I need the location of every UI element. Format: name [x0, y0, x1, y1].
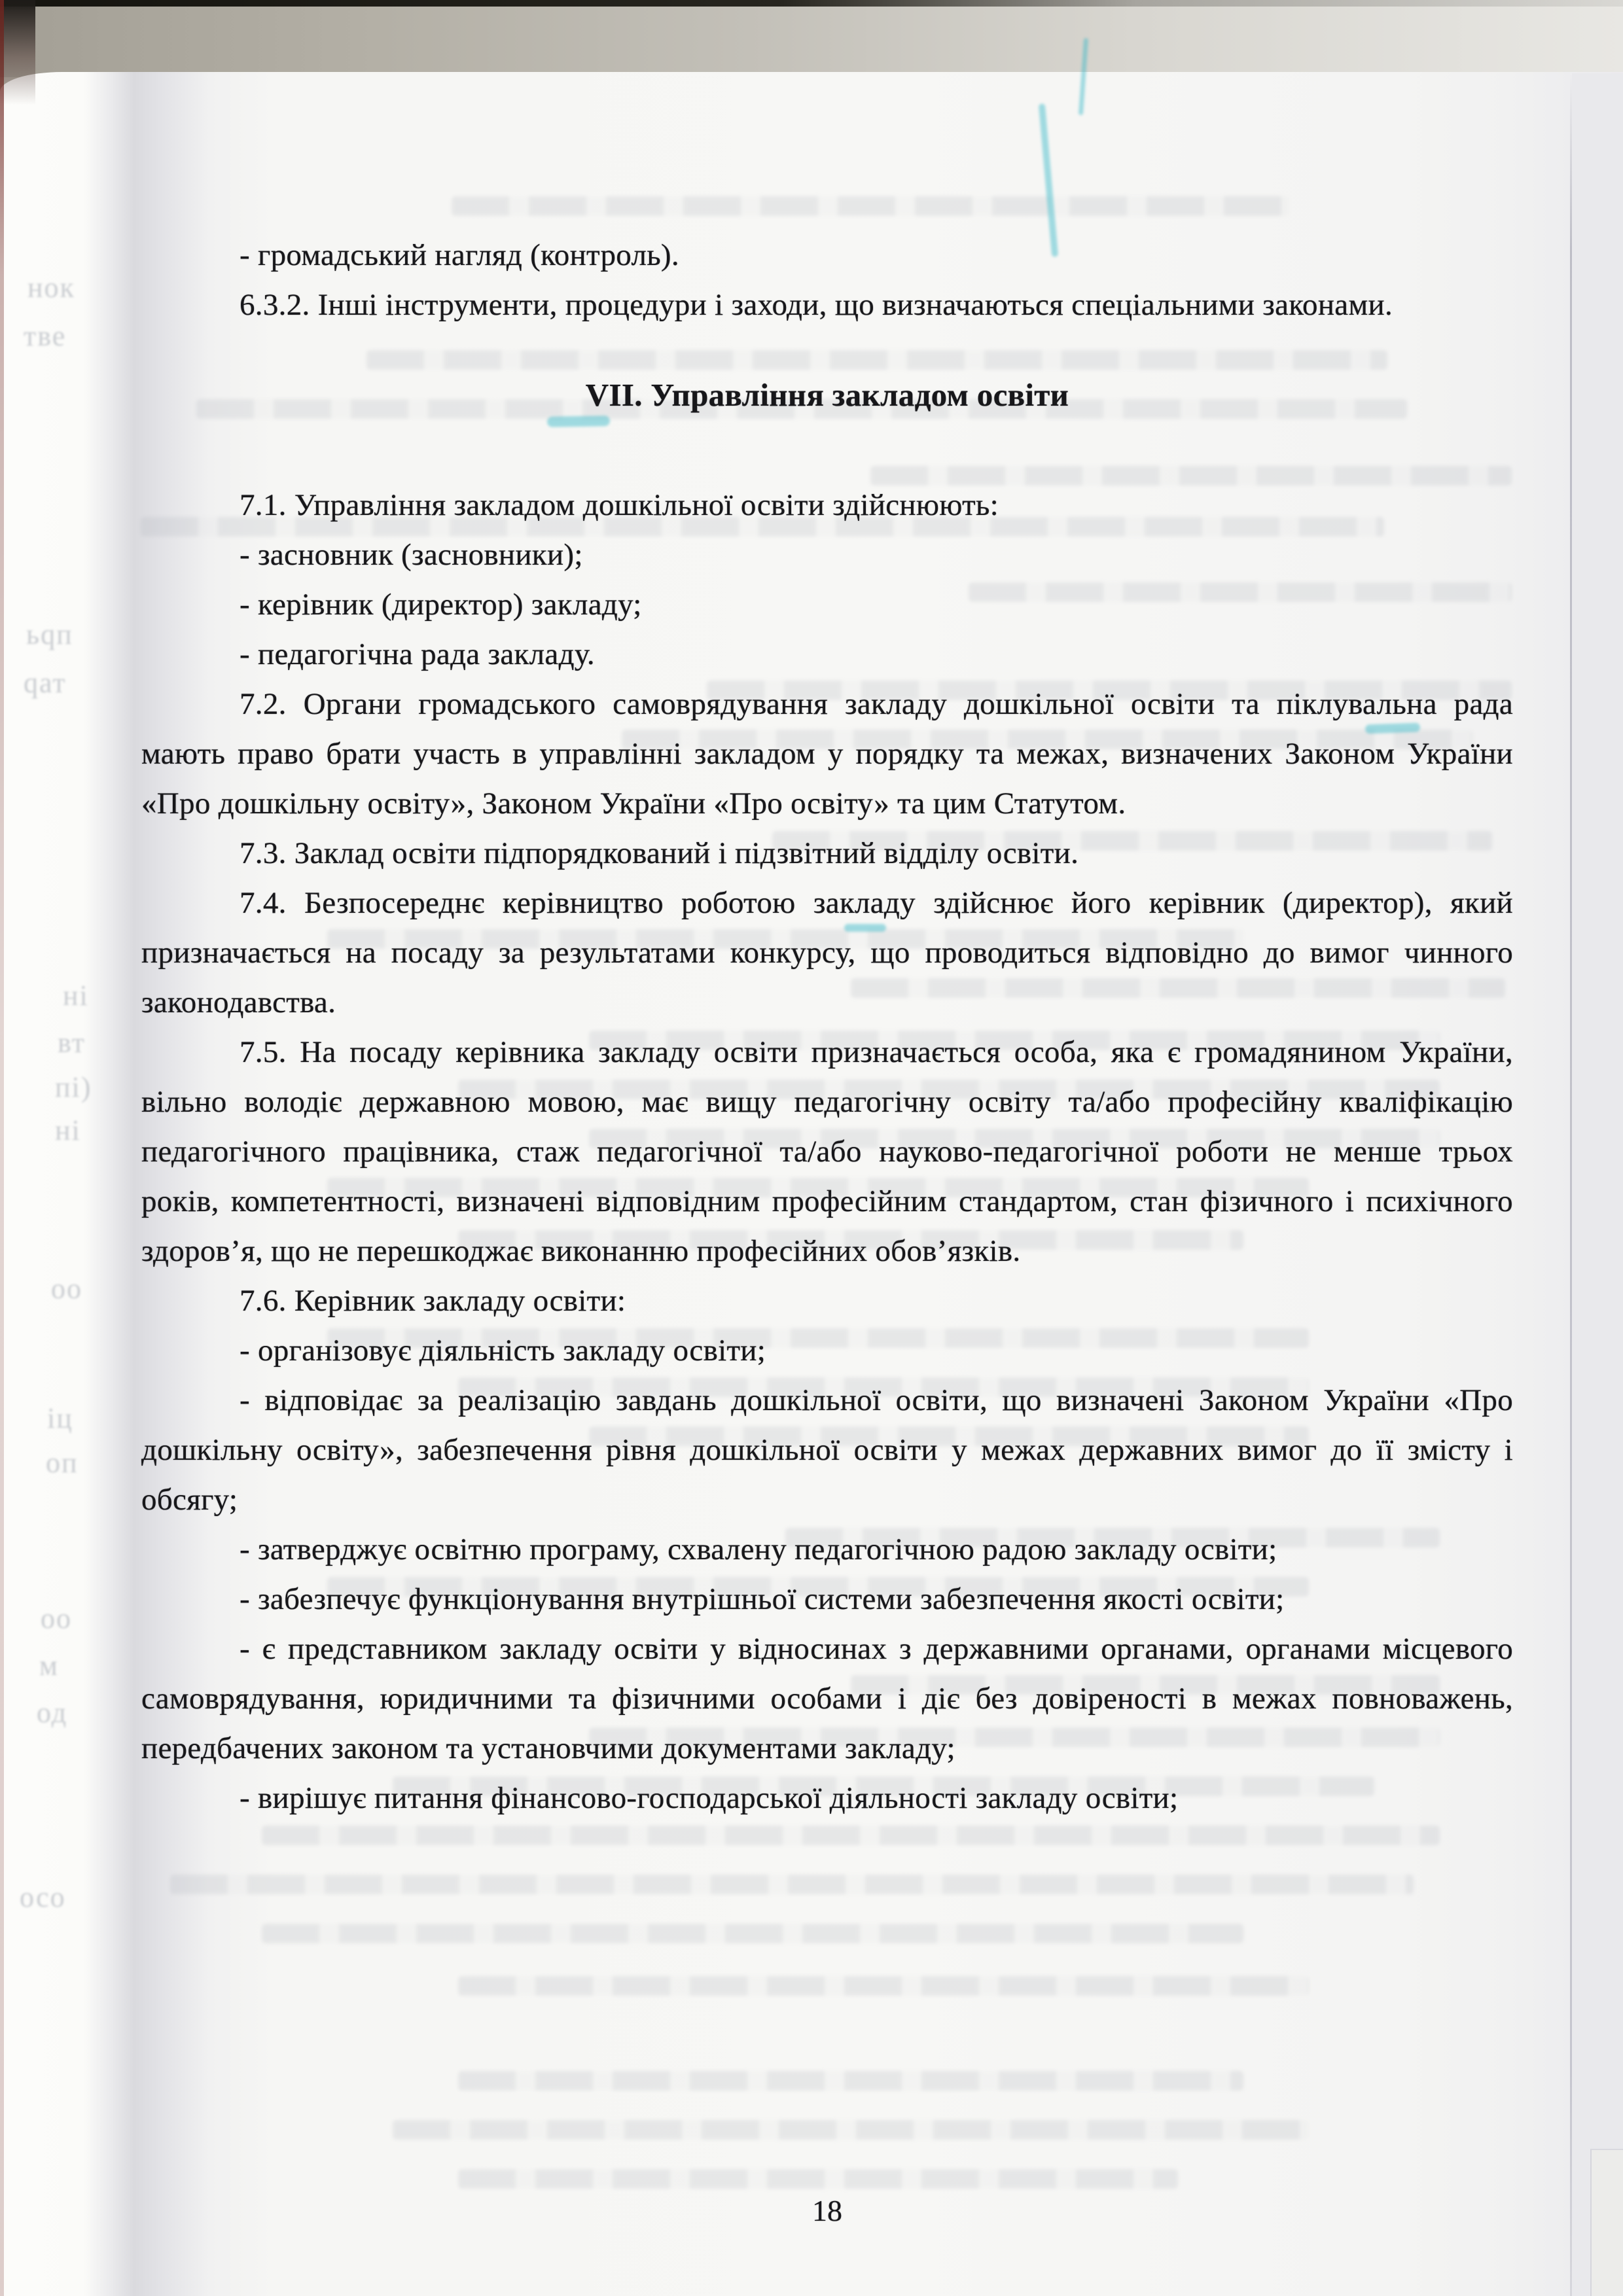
document-body: - громадський нагляд (контроль).6.3.2. І… [141, 230, 1513, 1823]
paragraph: - громадський нагляд (контроль). [141, 230, 1513, 280]
paragraph: 6.3.2. Інші інструменти, процедури і зах… [141, 280, 1513, 330]
page-number: 18 [812, 2194, 842, 2227]
page-footer: 18 [141, 2193, 1513, 2228]
cyan-streak-artifact [1079, 38, 1088, 115]
book-spine-edge [0, 0, 4, 2296]
paragraph: - організовує діяльність закладу освіти; [141, 1326, 1513, 1375]
paragraph: - засновник (засновники); [141, 530, 1513, 580]
paragraph: 7.3. Заклад освіти підпорядкований і під… [141, 828, 1513, 878]
paragraph: 7.6. Керівник закладу освіти: [141, 1276, 1513, 1326]
paragraph: 7.5. На посаду керівника закладу освіти … [141, 1027, 1513, 1276]
paragraph: 7.1. Управління закладом дошкільної осві… [141, 480, 1513, 530]
paragraph: - забезпечує функціонування внутрішньої … [141, 1574, 1513, 1624]
paragraph: - керівник (директор) закладу; [141, 580, 1513, 629]
section-heading: VII. Управління закладом освіти [141, 370, 1513, 420]
paragraph: 7.2. Органи громадського самоврядування … [141, 679, 1513, 828]
paragraph: - вирішує питання фінансово-господарсько… [141, 1773, 1513, 1823]
paragraph: - є представником закладу освіти у відно… [141, 1624, 1513, 1773]
paragraph: - затверджує освітню програму, схвалену … [141, 1525, 1513, 1574]
paragraph: 7.4. Безпосереднє керівництво роботою за… [141, 878, 1513, 1027]
scanned-document-page: ноктвеьqпqатнівтпі)ніооіцопоомодосо - гр… [0, 0, 1623, 2296]
paragraph: - педагогічна рада закладу. [141, 629, 1513, 679]
paragraph: - відповідає за реалізацію завдань дошкі… [141, 1375, 1513, 1525]
